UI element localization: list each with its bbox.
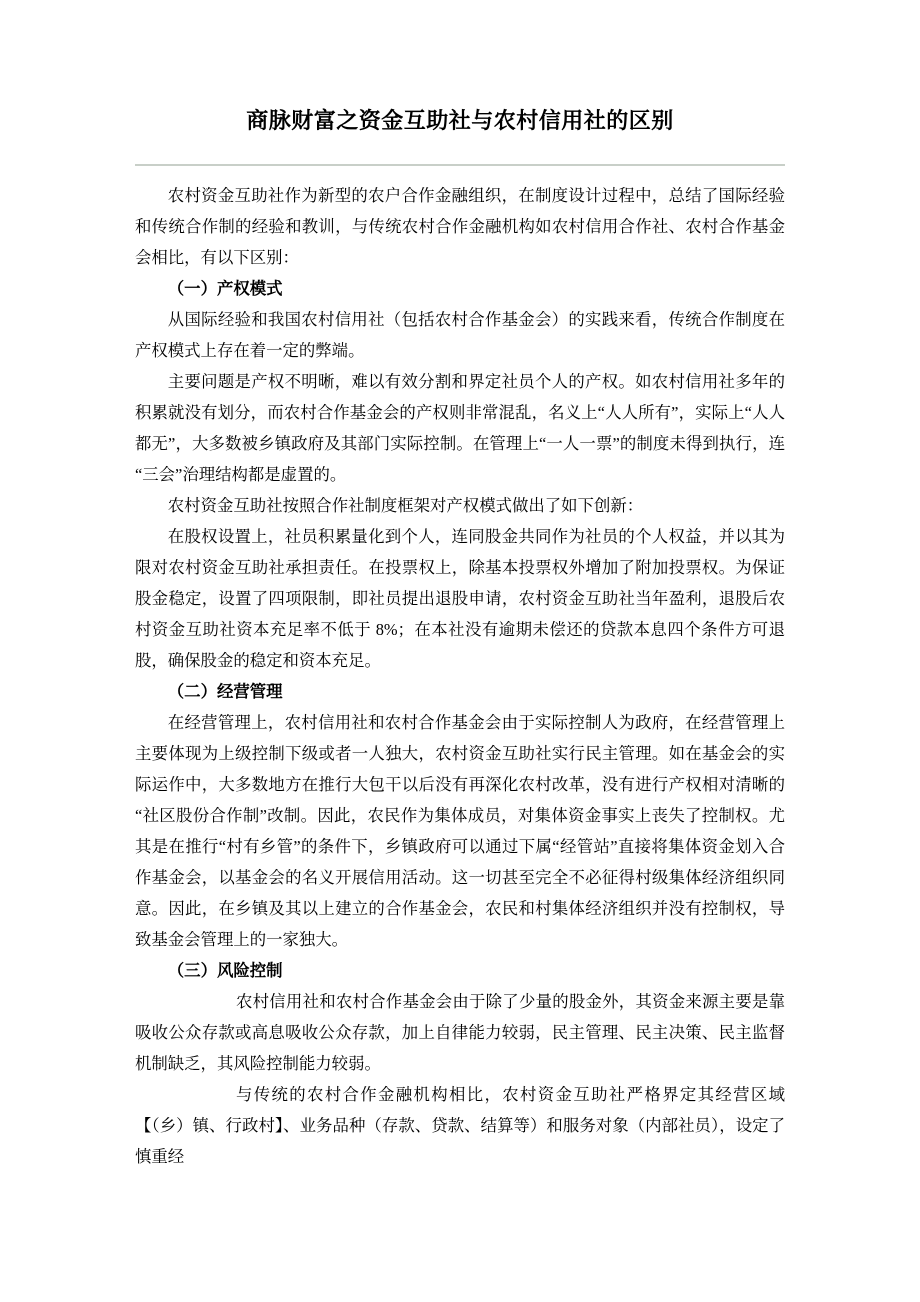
paragraph: 主要问题是产权不明晰，难以有效分割和界定社员个人的产权。如农村信用社多年的积累就… <box>135 366 785 490</box>
paragraph: 从国际经验和我国农村信用社（包括农村合作基金会）的实践来看，传统合作制度在产权模… <box>135 304 785 366</box>
paragraph: 在股权设置上，社员积累量化到个人，连同股金共同作为社员的个人权益，并以其为限对农… <box>135 521 785 676</box>
section-heading-1: （一）产权模式 <box>135 273 785 304</box>
title-divider <box>135 164 785 166</box>
paragraph: 农村信用社和农村合作基金会由于除了少量的股金外，其资金来源主要是靠吸收公众存款或… <box>135 986 785 1079</box>
paragraph: 农村资金互助社按照合作社制度框架对产权模式做出了如下创新： <box>135 490 785 521</box>
section-heading-3: （三）风险控制 <box>135 955 785 986</box>
section-heading-2: （二）经营管理 <box>135 676 785 707</box>
paragraph: 与传统的农村合作金融机构相比，农村资金互助社严格界定其经营区域【（乡）镇、行政村… <box>135 1079 785 1172</box>
document-title: 商脉财富之资金互助社与农村信用社的区别 <box>135 0 785 138</box>
document-page: 商脉财富之资金互助社与农村信用社的区别 农村资金互助社作为新型的农户合作金融组织… <box>0 0 920 1302</box>
document-body: 农村资金互助社作为新型的农户合作金融组织，在制度设计过程中，总结了国际经验和传统… <box>135 180 785 1172</box>
paragraph: 在经营管理上，农村信用社和农村合作基金会由于实际控制人为政府，在经营管理上主要体… <box>135 707 785 955</box>
paragraph-intro: 农村资金互助社作为新型的农户合作金融组织，在制度设计过程中，总结了国际经验和传统… <box>135 180 785 273</box>
